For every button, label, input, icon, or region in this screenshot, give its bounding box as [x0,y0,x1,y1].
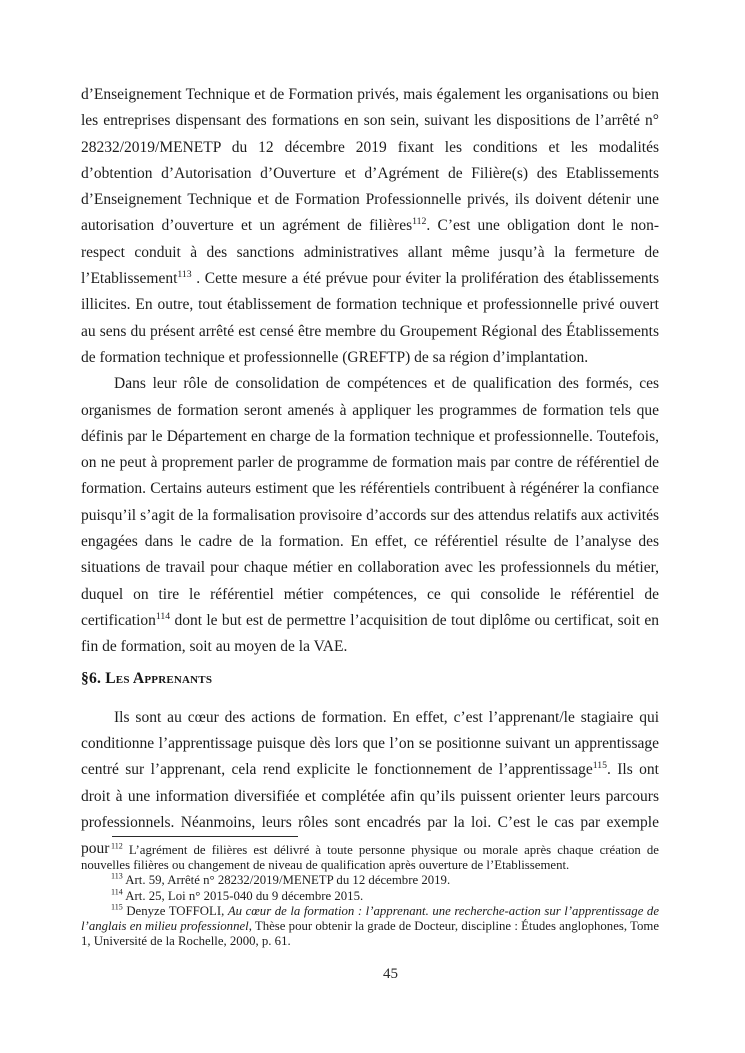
footnote: 113 Art. 59, Arrêté n° 28232/2019/MENETP… [81,873,659,888]
page-number: 45 [18,966,745,983]
footnote: 115 Denyze TOFFOLI, Au cœur de la format… [81,904,659,950]
paragraph: Dans leur rôle de consolidation de compé… [81,371,659,660]
document-page: d’Enseignement Technique et de Formation… [0,0,745,1053]
section-heading: §6. Les Apprenants [81,666,659,692]
footnote-separator [112,836,298,837]
footnote-number: 112 [111,842,123,851]
body-text: d’Enseignement Technique et de Formation… [81,82,659,863]
footnote: 112 L’agrément de filières est délivré à… [81,843,659,873]
paragraph: d’Enseignement Technique et de Formation… [81,82,659,371]
footnote-number: 113 [111,872,123,881]
footnote-number: 115 [111,903,123,912]
footnote-area: 112 L’agrément de filières est délivré à… [81,836,659,949]
footnote: 114 Art. 25, Loi n° 2015-040 du 9 décemb… [81,889,659,904]
footnote-number: 114 [111,887,123,896]
footnotes: 112 L’agrément de filières est délivré à… [81,843,659,949]
